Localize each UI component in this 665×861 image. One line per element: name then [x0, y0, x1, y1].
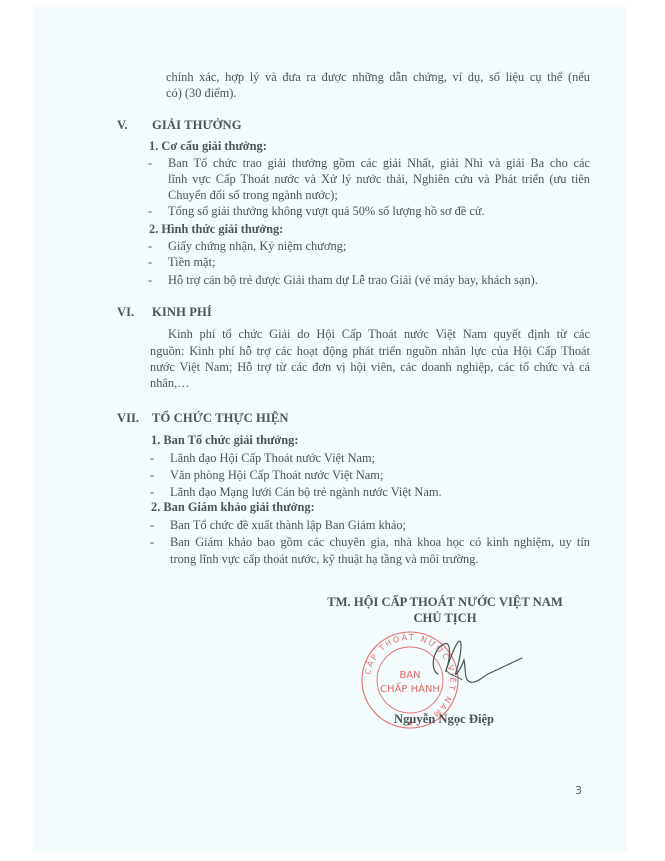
signature-organization: TM. HỘI CẤP THOÁT NƯỚC VIỆT NAM	[310, 595, 580, 610]
bullet: -	[148, 272, 152, 288]
bullet: -	[150, 450, 154, 466]
official-stamp-icon: CẤP THOÁT NƯỚC VIỆT NAM BAN CHẤP HÀNH ★	[360, 630, 540, 750]
intro-line-2: có) (30 điểm).	[166, 85, 237, 101]
bullet: -	[150, 467, 154, 483]
section-vii-sub1-heading: 1. Ban Tổ chức giải thưởng:	[151, 433, 299, 448]
signature-position: CHỦ TỊCH	[310, 611, 580, 626]
section-vii-item4: Ban Tổ chức đề xuất thành lập Ban Giám k…	[170, 517, 406, 533]
bullet: -	[150, 484, 154, 500]
signatory-name: Nguyễn Ngọc Điệp	[394, 712, 494, 727]
bullet: -	[150, 517, 154, 533]
section-v-title: GIẢI THƯỞNG	[152, 118, 242, 133]
section-vii-sub2-heading: 2. Ban Giám khảo giải thưởng:	[151, 500, 315, 515]
section-v-item2: Tổng số giải thưởng không vượt quá 50% s…	[168, 203, 485, 219]
section-vi-title: KINH PHÍ	[152, 305, 212, 320]
section-v-sub2-heading: 2. Hình thức giải thưởng:	[149, 222, 283, 237]
section-vii-item3: Lãnh đạo Mạng lưới Cán bộ trẻ ngành nước…	[170, 484, 442, 500]
section-v-item3: Giấy chứng nhận, Kỷ niệm chương;	[168, 238, 346, 254]
section-vii-numeral: VII.	[117, 411, 139, 426]
bullet: -	[148, 254, 152, 270]
section-v-item5: Hỗ trợ cán bộ trẻ được Giải tham dự Lễ t…	[168, 272, 538, 288]
page-number: 3	[575, 784, 582, 797]
section-vi-para-line2: nguồn: Kinh phí hỗ trợ các hoạt động phá…	[150, 343, 590, 359]
section-v-item1-line3: Chuyển đổi số trong ngành nước);	[168, 187, 338, 203]
section-vi-para-line3: nước Việt Nam; Hỗ trợ từ các đơn vị hội …	[150, 359, 590, 375]
section-vii-item5-line1: Ban Giám khảo bao gồm các chuyên gia, nh…	[170, 534, 590, 550]
bullet: -	[150, 534, 154, 550]
section-vii-item5-line2: trong lĩnh vực cấp thoát nước, kỹ thuật …	[170, 551, 479, 567]
section-v-item1-line2: lĩnh vực Cấp Thoát nước và Xử lý nước th…	[168, 171, 590, 187]
section-v-item4: Tiền mặt;	[168, 254, 215, 270]
bullet: -	[148, 203, 152, 219]
section-vii-item1: Lãnh đạo Hội Cấp Thoát nước Việt Nam;	[170, 450, 375, 466]
intro-line-1: chính xác, hợp lý và đưa ra được những d…	[166, 69, 590, 85]
section-v-numeral: V.	[117, 118, 128, 133]
section-v-sub1-heading: 1. Cơ cấu giải thưởng:	[149, 139, 267, 154]
stamp-center-line-1: BAN	[399, 670, 420, 681]
section-vi-para-line1: Kinh phí tổ chức Giải do Hội Cấp Thoát n…	[168, 326, 590, 342]
section-vii-item2: Văn phòng Hội Cấp Thoát nước Việt Nam;	[170, 467, 383, 483]
section-vii-title: TỔ CHỨC THỰC HIỆN	[152, 411, 289, 426]
bullet: -	[148, 155, 152, 171]
section-v-item1-line1: Ban Tổ chức trao giải thưởng gồm các giả…	[168, 155, 590, 171]
bullet: -	[148, 238, 152, 254]
section-vi-numeral: VI.	[117, 305, 134, 320]
section-vi-para-line4: nhân,…	[150, 375, 190, 391]
stamp-center-line-2: CHẤP HÀNH	[380, 681, 440, 695]
